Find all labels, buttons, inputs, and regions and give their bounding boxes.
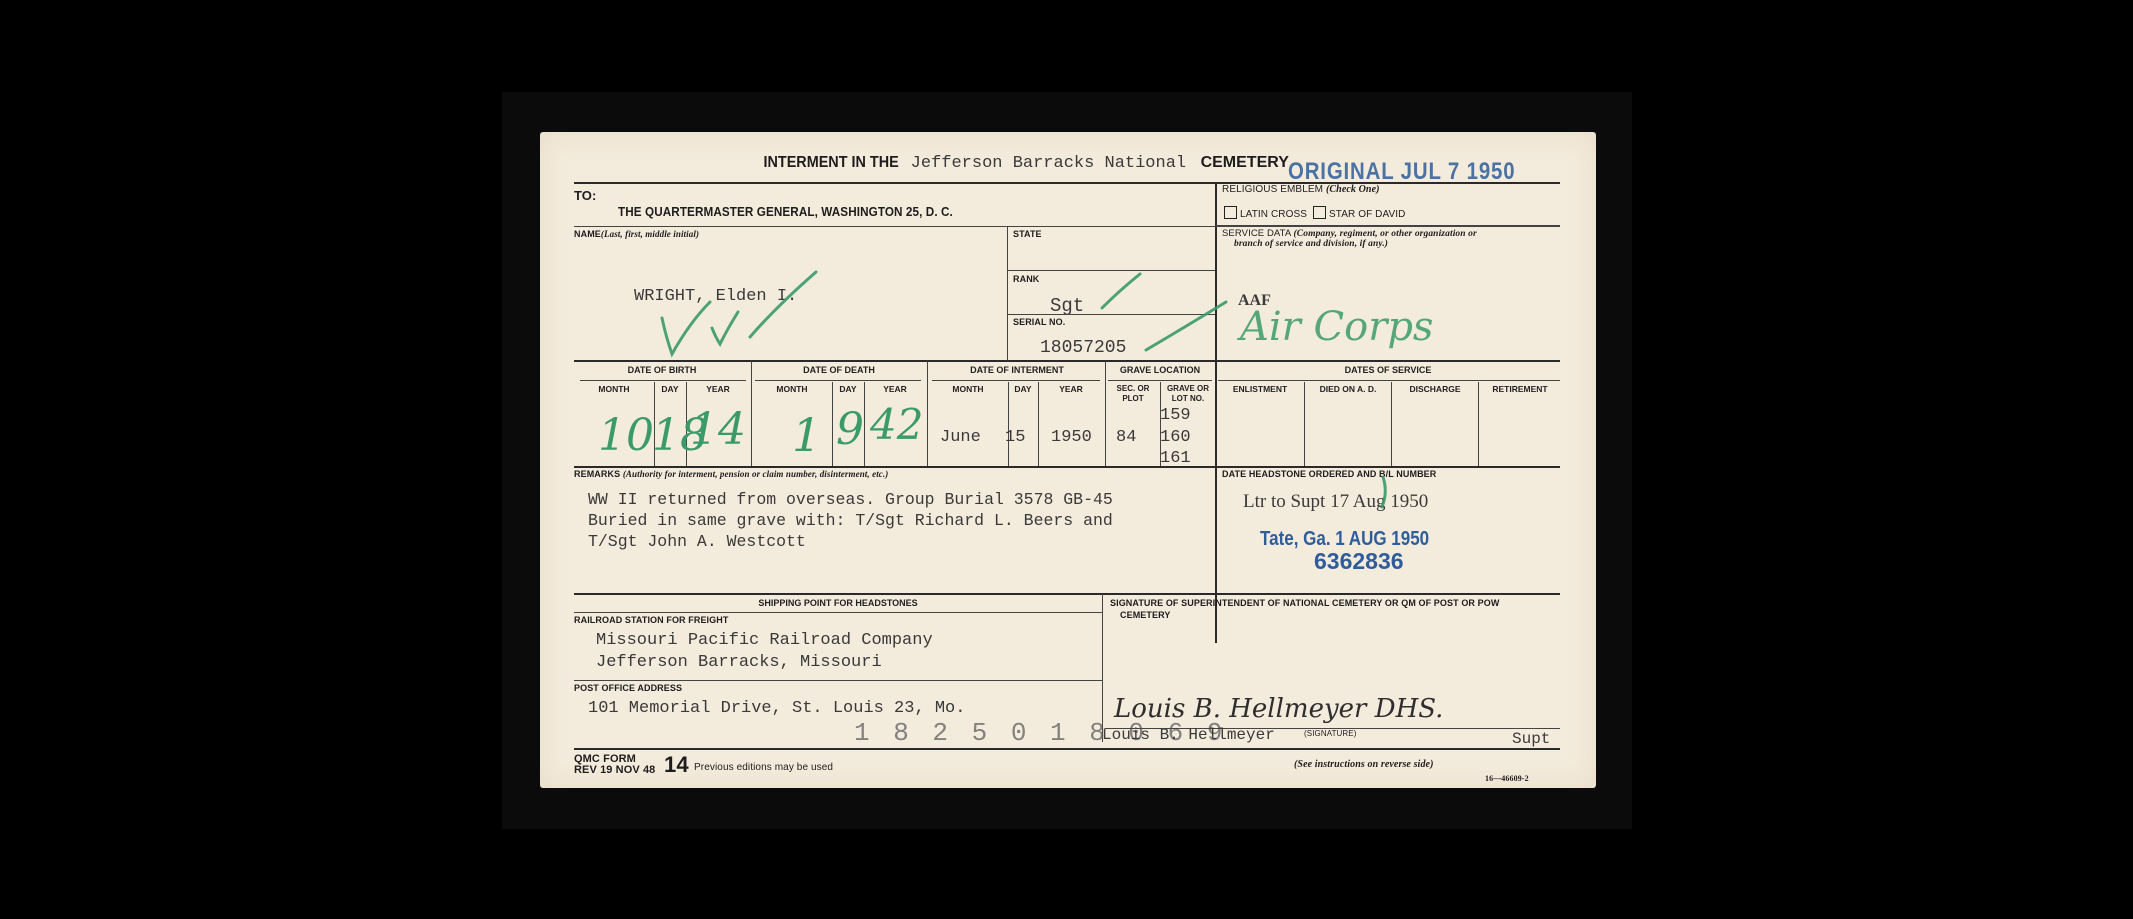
divider [751, 361, 752, 467]
lot-value-2: 160 [1160, 428, 1191, 447]
to-label: TO: [574, 188, 596, 203]
rule [1108, 380, 1212, 381]
signature-caption: (SIGNATURE) [1304, 729, 1357, 738]
rule [574, 593, 1560, 595]
section-header: SEC. OR PLOT [1106, 384, 1160, 404]
divider [1391, 382, 1392, 467]
rule [1007, 314, 1215, 315]
rule [574, 748, 1560, 750]
service-data-handwritten: Air Corps [1240, 304, 1433, 350]
remarks-line-3: T/Sgt John A. Westcott [588, 532, 806, 551]
dob-year-header: YEAR [686, 384, 750, 394]
grave-location-header: GRAVE LOCATION [1106, 365, 1214, 375]
form-title: INTERMENT IN THE Jefferson Barracks Nati… [756, 154, 1289, 173]
name-value: WRIGHT, Elden I. [634, 287, 797, 306]
rule [574, 680, 1102, 681]
shipping-header: SHIPPING POINT FOR HEADSTONES [574, 598, 1102, 608]
rule [755, 380, 921, 381]
rule [1007, 270, 1215, 271]
doi-year-value: 1950 [1051, 428, 1092, 447]
previous-editions: Previous editions may be used [694, 762, 833, 773]
latin-cross-checkbox[interactable] [1224, 206, 1237, 219]
discharge-header: DISCHARGE [1392, 384, 1478, 394]
divider [1478, 382, 1479, 467]
check-icon [662, 302, 710, 354]
rule [932, 380, 1100, 381]
doi-month-header: MONTH [928, 384, 1008, 394]
dob-day-header: DAY [654, 384, 686, 394]
latin-cross-option[interactable]: LATIN CROSS [1224, 206, 1307, 220]
divider [1304, 382, 1305, 467]
remarks-label: REMARKS (Authority for interment, pensio… [574, 469, 888, 479]
post-office-label: POST OFFICE ADDRESS [574, 683, 682, 693]
rank-label: RANK [1013, 274, 1039, 284]
section-value: 84 [1116, 428, 1136, 447]
doi-year-header: YEAR [1038, 384, 1104, 394]
divider [832, 382, 833, 467]
date-of-birth-header: DATE OF BIRTH [574, 365, 750, 375]
date-of-interment-header: DATE OF INTERMENT [928, 365, 1106, 375]
dates-of-service-header: DATES OF SERVICE [1216, 365, 1560, 375]
divider [1008, 382, 1009, 467]
interment-card: INTERMENT IN THE Jefferson Barracks Nati… [540, 132, 1596, 788]
date-of-death-header: DATE OF DEATH [752, 365, 926, 375]
dod-year-header: YEAR [864, 384, 926, 394]
post-office-value: 101 Memorial Drive, St. Louis 23, Mo. [588, 699, 965, 718]
check-icon [1102, 274, 1140, 308]
state-label: STATE [1013, 229, 1042, 239]
check-icon [1146, 302, 1226, 350]
dod-day-value: 9 [836, 404, 864, 455]
rule [574, 226, 1560, 227]
doi-month-value: June [940, 428, 981, 447]
dob-month-value: 10 [598, 410, 654, 461]
divider [1038, 382, 1039, 467]
doi-day-header: DAY [1008, 384, 1038, 394]
retirement-header: RETIREMENT [1479, 384, 1561, 394]
doi-day-value: 15 [1005, 428, 1025, 447]
bl-number-stamp: 6362836 [1314, 548, 1404, 575]
title-suffix: CEMETERY [1201, 154, 1289, 171]
rule [1216, 225, 1560, 226]
title-prefix: INTERMENT IN THE [764, 154, 899, 172]
remarks-line-1: WW II returned from overseas. Group Buri… [588, 490, 1113, 509]
divider [1105, 361, 1106, 467]
signature-label-2: CEMETERY [1120, 610, 1170, 620]
star-of-david-option[interactable]: STAR OF DAVID [1313, 206, 1406, 220]
service-data-label: SERVICE DATA (Company, regiment, or othe… [1222, 228, 1477, 239]
dod-month-value: 1 [792, 408, 821, 462]
signature-handwritten: Louis B. Hellmeyer DHS. [1114, 694, 1443, 724]
cemetery-name: Jefferson Barracks National [911, 154, 1186, 173]
rule [574, 466, 1560, 468]
signature-title: Supt [1512, 730, 1550, 748]
divider [1007, 227, 1008, 360]
instructions-note: (See instructions on reverse side) [1294, 759, 1434, 770]
rule [580, 380, 746, 381]
star-of-david-checkbox[interactable] [1313, 206, 1326, 219]
dob-year-value: 14 [690, 404, 746, 455]
service-data-hint: branch of service and division, if any.) [1234, 239, 1388, 249]
form-number: 14 [664, 752, 689, 778]
remarks-line-2: Buried in same grave with: T/Sgt Richard… [588, 511, 1113, 530]
dod-day-header: DAY [832, 384, 864, 394]
headstone-ordered-label: DATE HEADSTONE ORDERED AND B/L NUMBER [1222, 469, 1436, 479]
rule [1218, 380, 1560, 381]
rule [574, 182, 1560, 184]
serial-value: 18057205 [1040, 338, 1126, 358]
divider [864, 382, 865, 467]
signature-label: SIGNATURE OF SUPERINTENDENT OF NATIONAL … [1110, 598, 1499, 608]
religious-emblem-label: RELIGIOUS EMBLEM (Check One) [1222, 184, 1380, 195]
divider [927, 361, 928, 467]
railroad-line-2: Jefferson Barracks, Missouri [596, 653, 882, 672]
dob-month-header: MONTH [574, 384, 654, 394]
railroad-label: RAILROAD STATION FOR FREIGHT [574, 615, 728, 625]
dod-month-header: MONTH [752, 384, 832, 394]
name-label: NAME(Last, first, middle initial) [574, 229, 699, 239]
railroad-line-1: Missouri Pacific Railroad Company [596, 631, 933, 650]
divider [1215, 183, 1217, 643]
died-on-ad-header: DIED ON A. D. [1305, 384, 1391, 394]
to-value: THE QUARTERMASTER GENERAL, WASHINGTON 25… [618, 204, 953, 219]
rule [574, 612, 1102, 613]
print-code: 16—46609-2 [1485, 774, 1529, 783]
enlistment-header: ENLISTMENT [1216, 384, 1304, 394]
signature-typed-name: Louis B. Hellmeyer [1102, 726, 1275, 744]
check-icon [712, 312, 738, 344]
lot-header: GRAVE OR LOT NO. [1161, 384, 1215, 404]
dod-year-value: 42 [870, 400, 923, 449]
rule [574, 360, 1560, 362]
headstone-ordered-value: Ltr to Supt 17 Aug 1950 [1243, 491, 1428, 513]
serial-label: SERIAL NO. [1013, 317, 1065, 327]
form-code: QMC FORM REV 19 NOV 48 [574, 754, 655, 776]
lot-value-1: 159 [1160, 406, 1191, 425]
